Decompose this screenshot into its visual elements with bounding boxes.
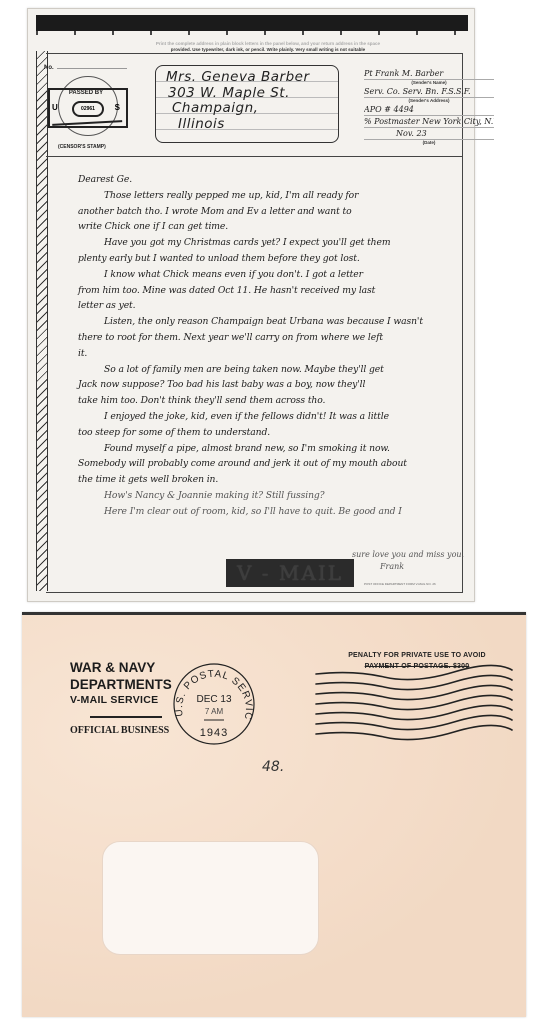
official-business-label: OFFICIAL BUSINESS	[70, 725, 169, 736]
censor-stamp-label: (CENSOR'S STAMP)	[58, 144, 106, 150]
stamp-letter-u: U	[52, 103, 58, 112]
letter-line: I know what Chick means even if you don'…	[78, 267, 493, 283]
letter-line: take him too. Don't think they'll send t…	[78, 393, 493, 409]
address-window	[102, 841, 319, 955]
letter-line: Dearest Ge.	[78, 172, 493, 188]
letter-date: Nov. 23	[364, 128, 494, 140]
form-number-label: No.	[44, 65, 127, 71]
letter-line: Have you got my Christmas cards yet? I e…	[78, 235, 493, 251]
recipient-street: 303 W. Maple St.	[156, 86, 338, 102]
letter-body: Dearest Ge.Those letters really pepped m…	[78, 172, 493, 520]
vmail-envelope: WAR & NAVY DEPARTMENTS V-MAIL SERVICE OF…	[22, 612, 526, 1017]
signature: Frank	[352, 561, 464, 573]
vmail-banner: V - MAIL	[226, 559, 354, 587]
post-office-form-print: POST OFFICE DEPARTMENT FORM V-MAIL NO. 2…	[364, 582, 436, 586]
letter-line: plenty early but I wanted to unload them…	[78, 251, 493, 267]
svg-text:7 AM: 7 AM	[205, 707, 224, 716]
letter-line: too steep for some of them to understand…	[78, 425, 493, 441]
letter-line: Found myself a pipe, almost brand new, s…	[78, 441, 493, 457]
letter-line: Listen, the only reason Champaign beat U…	[78, 314, 493, 330]
censor-stamp: PASSED BY U 02961 S	[48, 76, 124, 136]
recipient-name: Mrs. Geneva Barber	[156, 66, 338, 86]
svg-text:1943: 1943	[200, 727, 228, 739]
letter-line: Somebody will probably come around and j…	[78, 456, 493, 472]
recipient-state: Illinois	[156, 117, 338, 133]
stamp-letter-s: S	[115, 103, 120, 112]
letter-line: it.	[78, 346, 493, 362]
recipient-address-panel: Mrs. Geneva Barber 303 W. Maple St. Cham…	[155, 65, 339, 143]
sender-department: WAR & NAVY DEPARTMENTS	[70, 659, 172, 693]
vmail-service-label: V-MAIL SERVICE	[70, 694, 158, 706]
vmail-letter-sheet: Print the complete address in plain bloc…	[27, 8, 475, 602]
letter-line: write Chick one if I can get time.	[78, 219, 493, 235]
divider-rule	[90, 716, 162, 718]
scan-top-bar	[36, 15, 468, 31]
letter-line: another batch tho. I wrote Mom and Ev a …	[78, 204, 493, 220]
date-label: (Date)	[364, 140, 494, 146]
sender-name: Pt Frank M. Barber	[364, 68, 494, 80]
sender-postmaster: % Postmaster New York City, N.Y.	[364, 116, 494, 128]
letter-line: Those letters really pepped me up, kid, …	[78, 188, 493, 204]
form-instructions: Print the complete address in plain bloc…	[68, 41, 468, 53]
closing-line: sure love you and miss you.	[352, 549, 464, 561]
letter-line: from him too. Mine was dated Oct 11. He …	[78, 283, 493, 299]
letter-line: How's Nancy & Joannie making it? Still f…	[78, 488, 493, 504]
cancellation-wavy-lines-icon	[314, 664, 514, 744]
stamp-passed-by: PASSED BY	[48, 90, 124, 96]
letter-line: So a lot of family men are being taken n…	[78, 362, 493, 378]
letter-line: the time it gets well broken in.	[78, 472, 493, 488]
letter-line: I enjoyed the joke, kid, even if the fel…	[78, 409, 493, 425]
letter-line: letter as yet.	[78, 298, 493, 314]
sender-block: Pt Frank M. Barber (Sender's Name) Serv.…	[364, 68, 494, 146]
recipient-city: Champaign,	[156, 101, 338, 117]
sender-unit: Serv. Co. Serv. Bn. F.S.S.F.	[364, 86, 494, 98]
envelope-top-edge	[22, 612, 526, 615]
handwritten-number: 48.	[262, 759, 284, 775]
svg-text:DEC 13: DEC 13	[196, 694, 231, 705]
letter-line: there to root for them. Next year we'll …	[78, 330, 493, 346]
sender-apo: APO # 4494	[364, 104, 494, 116]
letter-line: Jack now suppose? Too bad his last baby …	[78, 377, 493, 393]
postmark-icon: U.S. POSTAL SERVICE NO. 7 DEC 13 7 AM 19…	[172, 662, 256, 746]
header-divider	[46, 156, 462, 157]
letter-line: Here I'm clear out of room, kid, so I'll…	[78, 504, 493, 520]
letter-closing: sure love you and miss you. Frank	[352, 549, 464, 573]
